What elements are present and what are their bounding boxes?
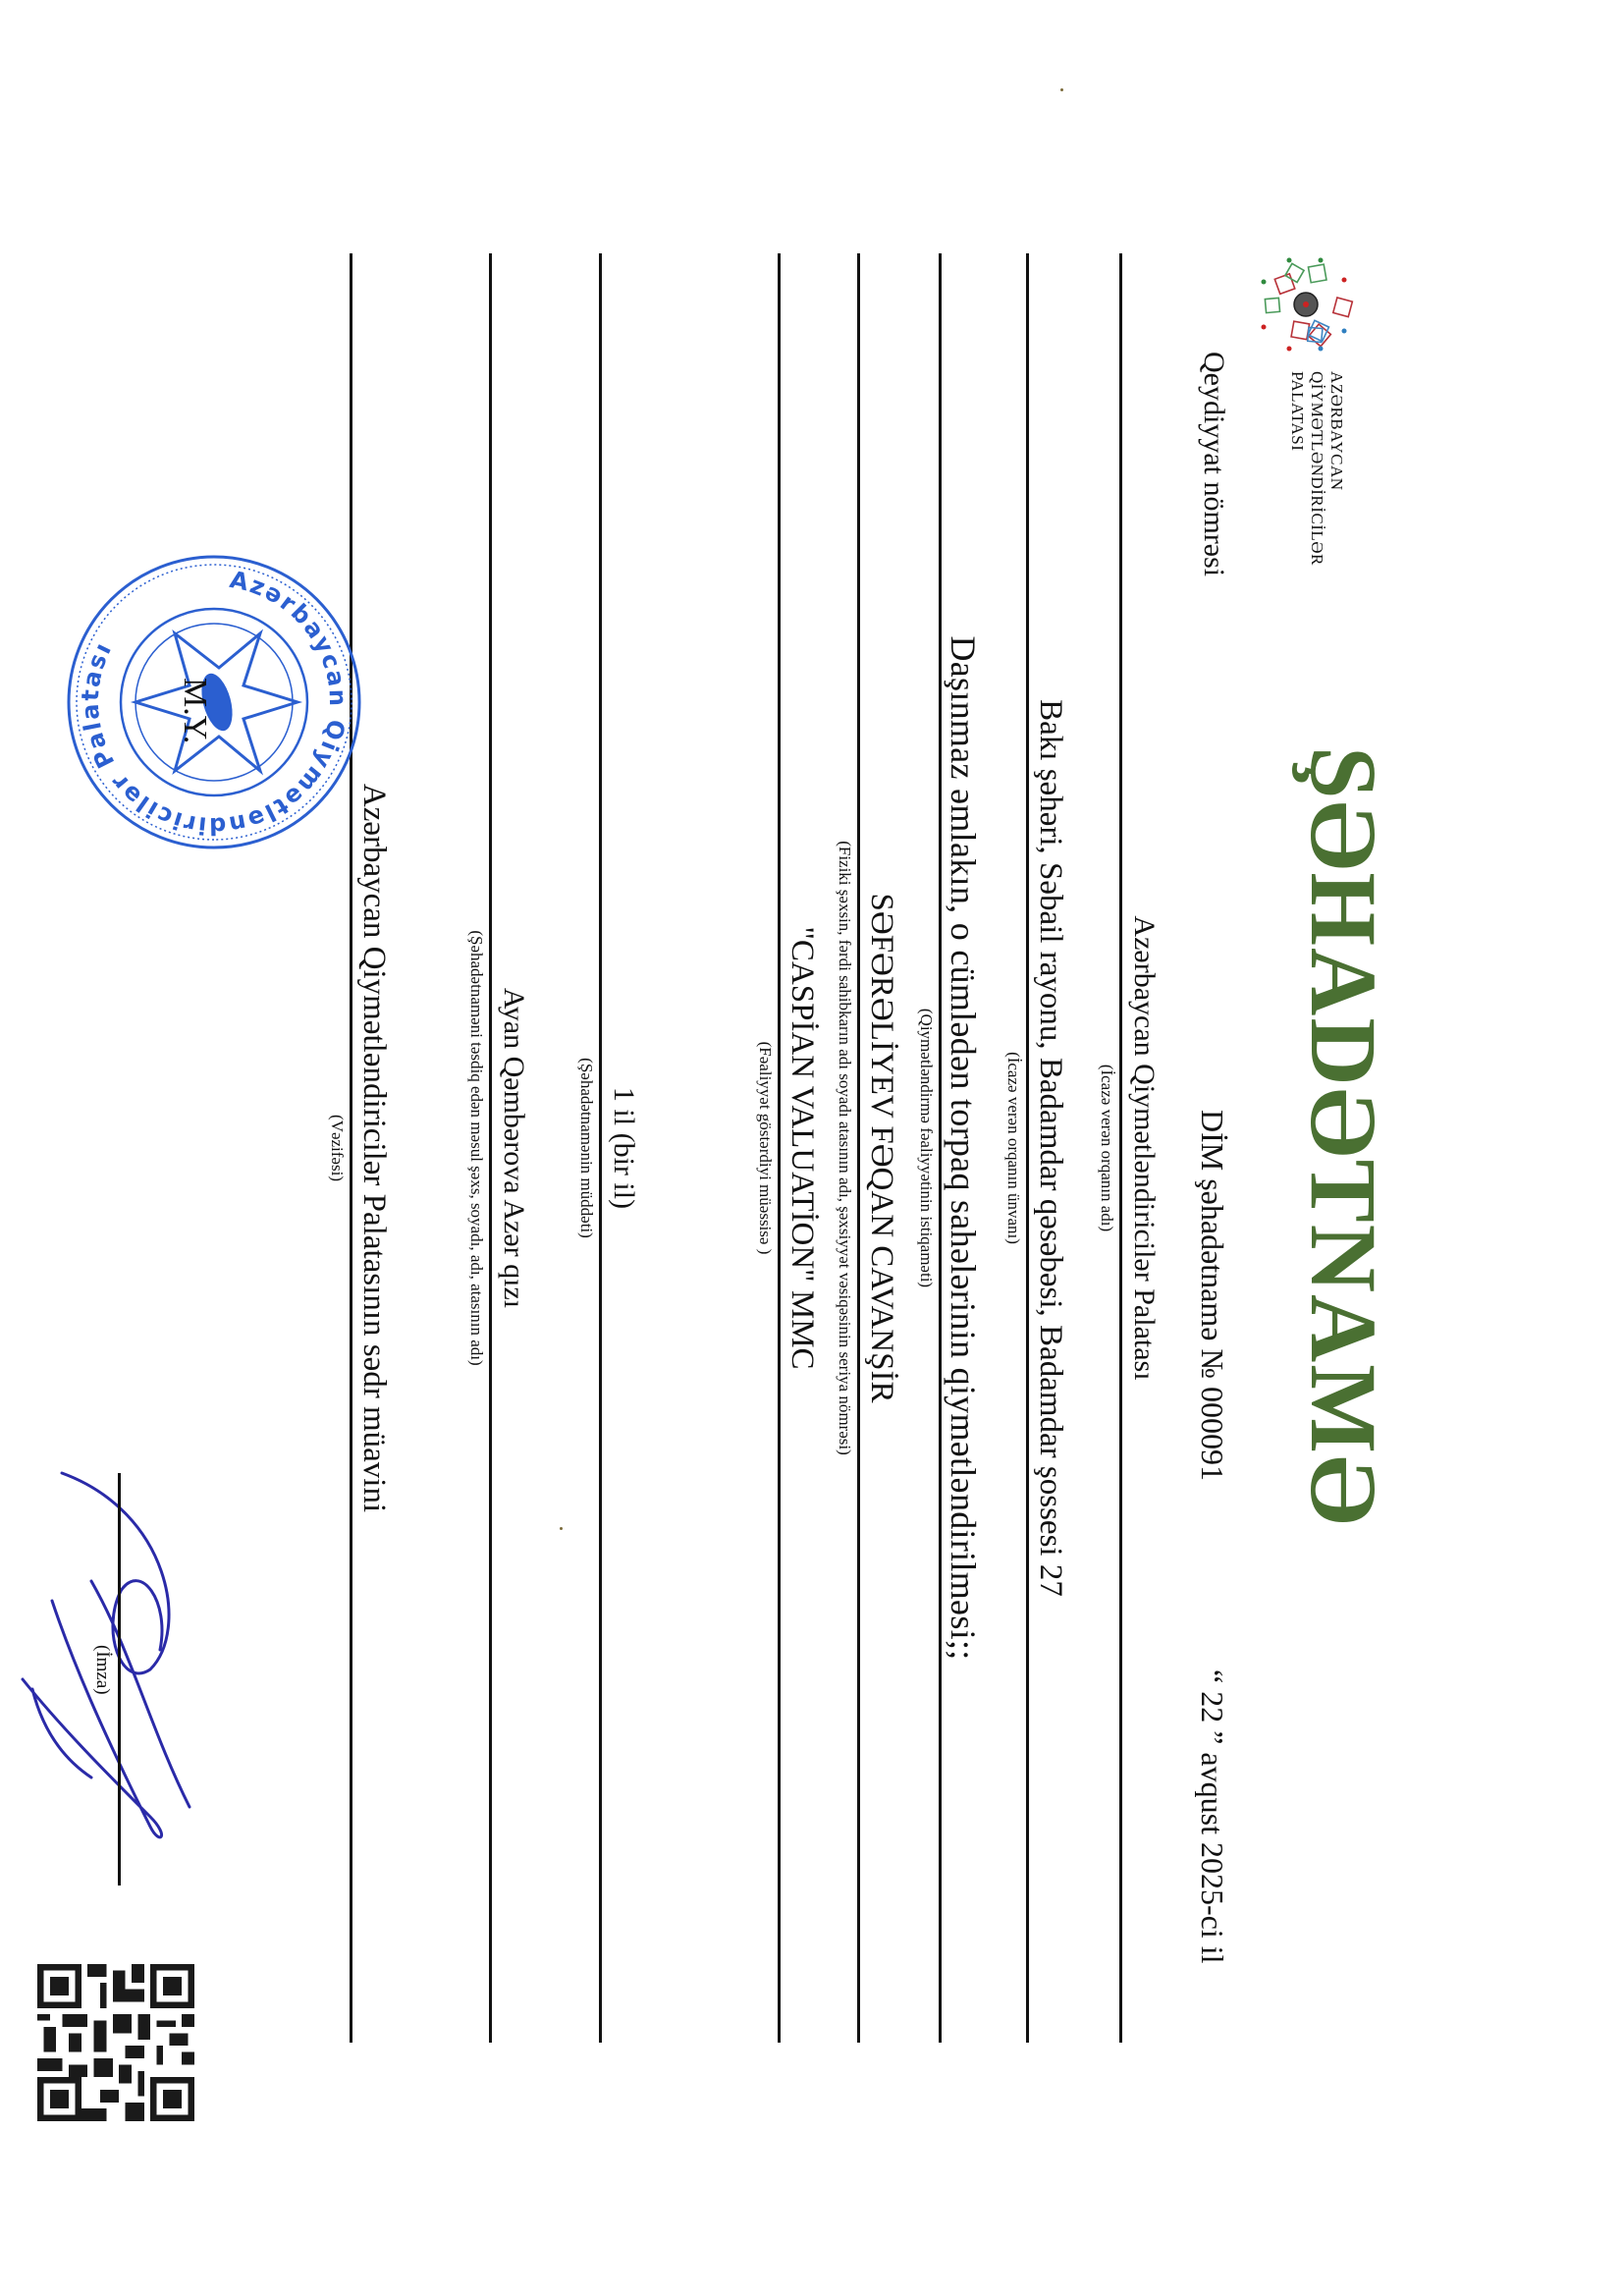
chamber-logo-icon <box>1252 250 1360 358</box>
scan-speck <box>1060 88 1063 91</box>
qr-code-icon <box>37 1964 194 2121</box>
issuer-address-value: Bakı şəhəri, Səbail rayonu, Badamdar qəs… <box>1033 253 1068 2043</box>
organization-caption: (Fəaliyyət göstərdiyi müəssisə ) <box>755 253 775 2043</box>
logo-line-3: PALATASI <box>1287 371 1307 566</box>
field-validity: 1 il (bir il) (Şəhadətnamənin müddəti) <box>576 253 641 2043</box>
field-approver: Ayan Qəmbərova Azər qızı (Şəhadətnaməni … <box>466 253 531 2043</box>
logo-line-1: AZƏRBAYCAN <box>1326 371 1346 566</box>
chamber-logo-text: AZƏRBAYCAN QİYMƏTLƏNDİRİCİLƏR PALATASI <box>1287 371 1346 566</box>
validity-value: 1 il (bir il) <box>606 253 641 2043</box>
field-holder: SƏFƏRƏLİYEV FƏQAN CAVANŞİR (Fiziki şəxsi… <box>835 253 899 2043</box>
handwritten-signature-icon <box>13 1434 209 1846</box>
position-value: Azərbaycan Qiymətləndiricilər Palatasını… <box>356 253 392 2043</box>
validity-caption: (Şəhadətnamənin müddəti) <box>576 253 596 2043</box>
signature-caption: (İmza) <box>91 1645 113 1695</box>
stamp-center-mark: M.Y. <box>177 678 213 743</box>
registration-number-label: Qeydiyyat nömrəsi <box>1197 352 1230 576</box>
holder-value: SƏFƏRƏLİYEV FƏQAN CAVANŞİR <box>864 253 899 2043</box>
field-issuer-name: Azərbaycan Qiymətləndiricilər Palatası (… <box>1097 253 1162 2043</box>
signature-line <box>118 1473 121 1886</box>
approver-value: Ayan Qəmbərova Azər qızı <box>496 253 531 2043</box>
underline <box>857 253 860 2043</box>
underline <box>489 253 492 2043</box>
underline <box>778 253 781 2043</box>
issuer-address-caption: (İcazə verən orqanın ünvanı) <box>1003 253 1023 2043</box>
position-caption: (Vəzifəsi) <box>327 253 347 2043</box>
underline <box>599 253 602 2043</box>
underline <box>939 253 942 2043</box>
field-issuer-address: Bakı şəhəri, Səbail rayonu, Badamdar qəs… <box>1003 253 1068 2043</box>
certificate-number: DİM şəhadətnamə № 000091 <box>1194 1110 1230 1481</box>
logo-line-2: QİYMƏTLƏNDİRİCİLƏR <box>1307 371 1326 566</box>
official-stamp-icon: Azərbaycan Qiymətləndiricilər Palatası M… <box>62 550 366 854</box>
approver-caption: (Şəhadətnaməni təsdiq edən məsul şəxs, s… <box>466 253 486 2043</box>
document-title: ŞƏHADƏTNAMƏ <box>1289 746 1397 1493</box>
issuer-name-value: Azərbaycan Qiymətləndiricilər Palatası <box>1126 253 1162 2043</box>
underline <box>350 253 352 2043</box>
holder-caption: (Fiziki şəxsin, fərdi sahibkarın adı soy… <box>835 253 854 2043</box>
field-organization: "CASPİAN VALUATİON" MMC (Fəaliyyət göstə… <box>755 253 820 2043</box>
underline <box>1026 253 1029 2043</box>
certificate-page: AZƏRBAYCAN QİYMƏTLƏNDİRİCİLƏR PALATASI Ş… <box>0 0 1623 2296</box>
field-position: Azərbaycan Qiymətləndiricilər Palatasını… <box>327 253 392 2043</box>
issue-date: “ 22 ” avqust 2025-ci il <box>1194 1669 1230 1963</box>
scan-speck <box>560 1527 563 1530</box>
activity-scope-caption: (Qiymətləndirmə fəaliyyətinin istiqaməti… <box>916 253 936 2043</box>
underline <box>1119 253 1122 2043</box>
activity-scope-value: Daşınmaz əmlakın, o cümlədən torpaq sahə… <box>946 253 981 2043</box>
issuer-name-caption: (İcazə verən orqanın adı) <box>1097 253 1116 2043</box>
field-activity-scope: Daşınmaz əmlakın, o cümlədən torpaq sahə… <box>916 253 981 2043</box>
organization-value: "CASPİAN VALUATİON" MMC <box>784 253 820 2043</box>
